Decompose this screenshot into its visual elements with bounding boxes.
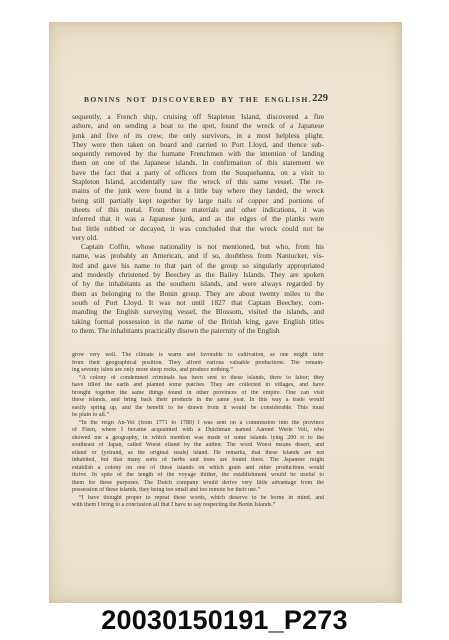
- text-line: “A colony of condemned criminals has bee…: [72, 375, 324, 383]
- text-line: junk and five of its crew, the only surv…: [72, 131, 324, 140]
- text-line: establish a colony on one of these islan…: [72, 465, 324, 473]
- text-line: sheets of this metal. From these materia…: [72, 205, 324, 214]
- running-head: BONINS NOT DISCOVERED BY THE ENGLISH. 22…: [72, 95, 324, 107]
- text-line: “In the reign An-Yei (from 1771 to 1780)…: [72, 420, 324, 428]
- text-line: brought together the same things found i…: [72, 390, 324, 398]
- text-line: have tilled the earth and planted some p…: [72, 382, 324, 390]
- text-line: sequently removed by the humane Frenchme…: [72, 149, 324, 158]
- text-line: Captain Coffin, whose nationality is not…: [72, 242, 324, 251]
- text-line: them for these purposes. The Dutch compa…: [72, 480, 324, 488]
- text-line: from their geographical position. They a…: [72, 360, 324, 368]
- text-line: to them. The inhabitants practically dis…: [72, 326, 324, 335]
- text-line: They were then taken on board and carrie…: [72, 140, 324, 149]
- text-line: ing seventy islets are only more steep r…: [72, 367, 324, 375]
- text-line: eiland or (yeirand, as the original read…: [72, 450, 324, 458]
- text-line: manding the English surveying vessel, th…: [72, 307, 324, 316]
- paragraph: “I have thought proper to repeat these w…: [72, 495, 324, 510]
- image-id-caption: 20030150191_P273: [101, 603, 347, 637]
- footnote-text: grow very well. The climate is warm and …: [72, 352, 324, 510]
- text-line: these islands, and bring back their prod…: [72, 397, 324, 405]
- text-line: taking formal possession in the name of …: [72, 317, 324, 326]
- text-line: very old.: [72, 233, 324, 242]
- text-line: inferred that it was a Japanese junk, an…: [72, 214, 324, 223]
- text-line: and modestly christened by Beechey as th…: [72, 270, 324, 279]
- text-line: ited and gave his name to that part of t…: [72, 261, 324, 270]
- text-line: sequently, a French ship, cruising off S…: [72, 112, 324, 121]
- text-line: name, was probably an American, and if s…: [72, 251, 324, 260]
- paragraph: “A colony of condemned criminals has bee…: [72, 375, 324, 420]
- paragraph: Captain Coffin, whose nationality is not…: [72, 242, 324, 335]
- running-head-title: BONINS NOT DISCOVERED BY THE ENGLISH.: [84, 95, 312, 104]
- text-line: them on one of the Japanese islands. In …: [72, 158, 324, 167]
- text-line: being still partially kept together by l…: [72, 196, 324, 205]
- paragraph: sequently, a French ship, cruising off S…: [72, 112, 324, 242]
- text-line: mains of the junk were found in a little…: [72, 186, 324, 195]
- text-line: ashore, and on sending a boat to the spo…: [72, 121, 324, 130]
- text-line: “I have thought proper to repeat these w…: [72, 495, 324, 503]
- text-line: thrive. In spite of the length of the vo…: [72, 472, 324, 480]
- caption-bar: 20030150191_P273: [0, 603, 449, 640]
- paragraph: grow very well. The climate is warm and …: [72, 352, 324, 375]
- text-line: of Fisen, where I became acquainted with…: [72, 427, 324, 435]
- text-line: easily spring up, and the benefit to be …: [72, 405, 324, 413]
- text-line: southeast of Japan, called Woest eiland …: [72, 442, 324, 450]
- text-line: grow very well. The climate is warm and …: [72, 352, 324, 360]
- text-line: showed me a geography, in which mention …: [72, 435, 324, 443]
- text-line: possession of these islands, they being …: [72, 487, 324, 495]
- text-line: with them I bring to a conclusion all th…: [72, 502, 324, 510]
- body-text: sequently, a French ship, cruising off S…: [72, 112, 324, 335]
- text-line: inhabited, but that many sorts of herbs …: [72, 457, 324, 465]
- book-page-scan: BONINS NOT DISCOVERED BY THE ENGLISH. 22…: [49, 22, 402, 603]
- text-line: south of Port Lloyd. It was not until 18…: [72, 298, 324, 307]
- page-number: 229: [312, 93, 328, 104]
- text-line: but little rubbed or decayed, it was con…: [72, 224, 324, 233]
- paragraph: “In the reign An-Yei (from 1771 to 1780)…: [72, 420, 324, 495]
- text-line: Stapleton Island, accidentally saw the w…: [72, 177, 324, 186]
- text-line: of by the inhabitants as the southern is…: [72, 279, 324, 288]
- text-line: them as belonging to the Bonin group. Th…: [72, 289, 324, 298]
- text-line: have the fact that a party of officers f…: [72, 168, 324, 177]
- text-line: be plain to all.”: [72, 412, 324, 420]
